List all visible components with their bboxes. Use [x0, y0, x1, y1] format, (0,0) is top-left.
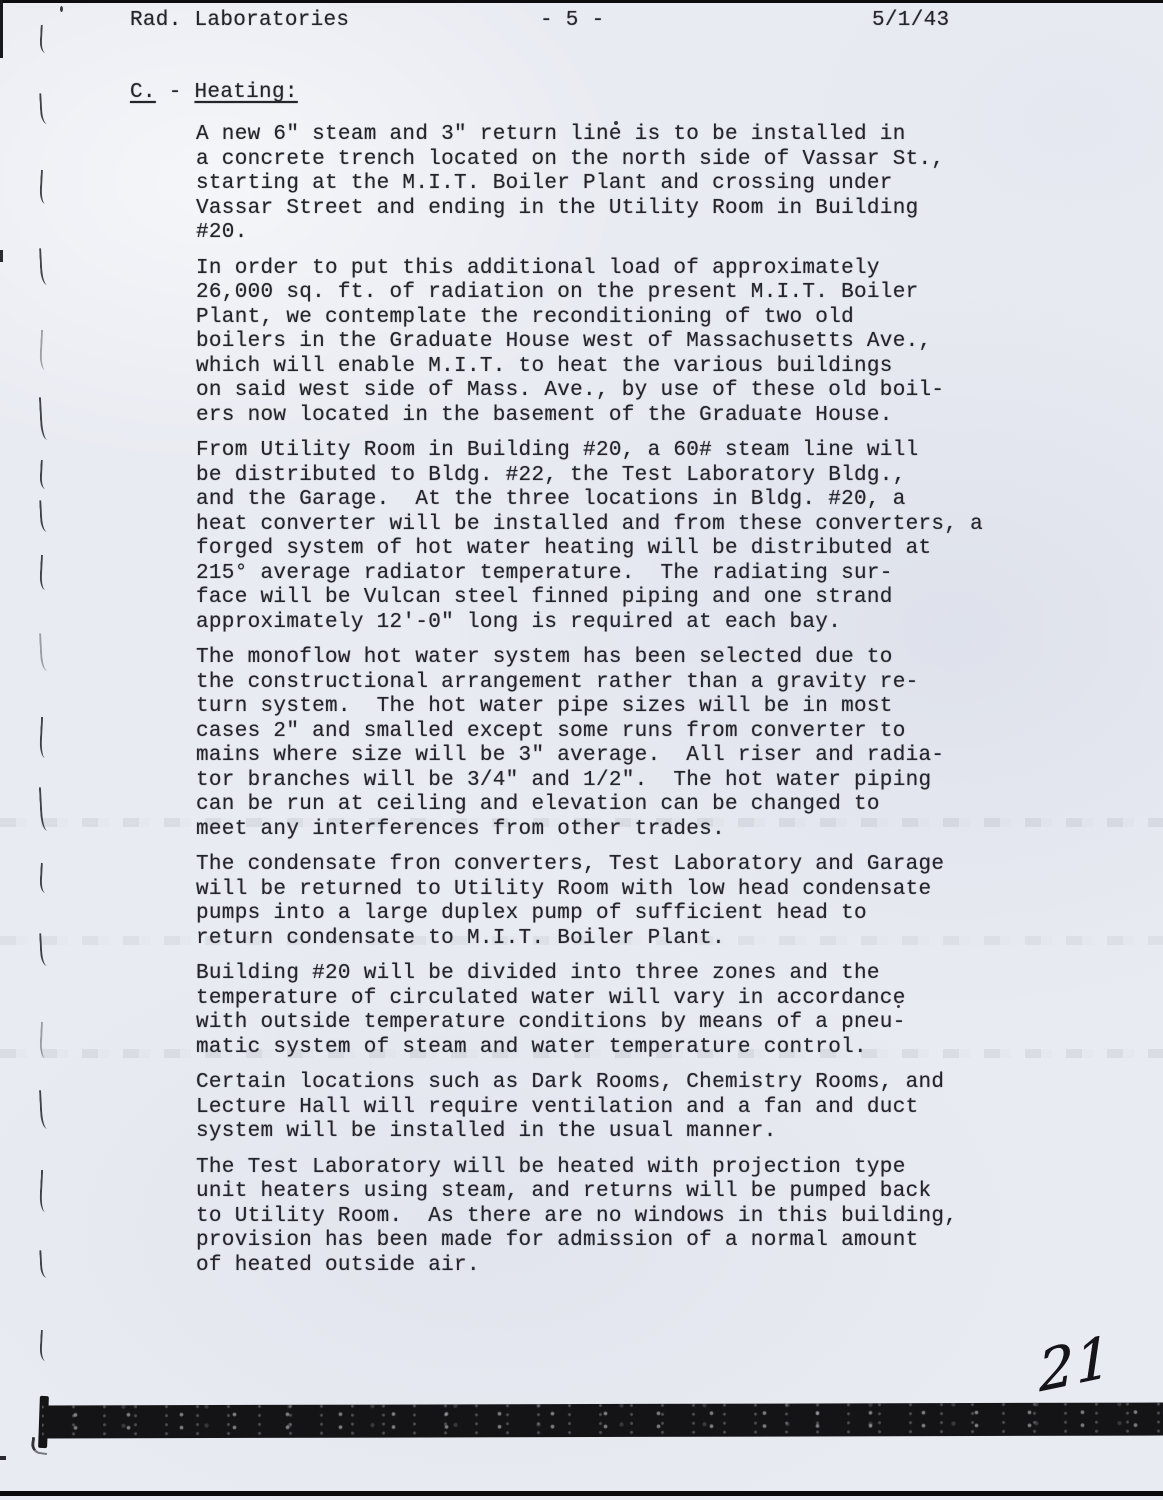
binding-mark — [39, 330, 50, 370]
scan-edge-left — [0, 0, 3, 58]
document-page: Rad. Laboratories - 5 - 5/1/43 C. - Heat… — [0, 0, 1163, 1500]
header-date: 5/1/43 — [872, 9, 949, 32]
ink-speck — [897, 1005, 900, 1008]
binding-mark — [39, 93, 50, 124]
paragraph-monoflow-system: The monoflow hot water system has been s… — [196, 646, 1056, 842]
binding-mark — [39, 1250, 49, 1278]
binding-mark — [39, 397, 50, 440]
binding-mark — [39, 25, 49, 53]
section-title: Heating: — [195, 81, 298, 104]
header-organization: Rad. Laboratories — [130, 9, 349, 32]
header-page-indicator: - 5 - — [540, 9, 605, 32]
scan-edge-top — [0, 0, 1163, 3]
tape-bar-hook-mark — [30, 1437, 49, 1455]
binding-mark — [39, 863, 50, 893]
binding-mark — [39, 717, 50, 758]
binding-mark — [39, 1090, 50, 1129]
paragraph-distribution: From Utility Room in Building #20, a 60#… — [196, 439, 1056, 635]
section-heading: C. - Heating: — [130, 81, 298, 104]
scan-edge-tick — [0, 250, 3, 262]
binding-mark — [39, 170, 50, 204]
section-label: C. — [130, 81, 156, 104]
photocopy-ghost-band — [0, 936, 1163, 945]
binding-mark — [39, 248, 50, 285]
paragraph-boiler-reconditioning: In order to put this additional load of … — [196, 257, 1056, 429]
photocopy-ghost-band — [0, 1049, 1163, 1058]
binding-mark — [39, 555, 50, 590]
binding-mark — [39, 500, 50, 532]
scan-edge-tick — [0, 1456, 6, 1460]
binding-mark — [39, 633, 50, 671]
paragraph-zones: Building #20 will be divided into three … — [196, 962, 1056, 1060]
paragraph-test-laboratory: The Test Laboratory will be heated with … — [196, 1156, 1056, 1279]
paragraph-steam-line: A new 6" steam and 3" return line is to … — [196, 123, 1056, 246]
handwritten-page-number: 21 — [1038, 1324, 1114, 1406]
ink-speck — [60, 6, 63, 12]
body-text: A new 6" steam and 3" return line is to … — [196, 123, 1056, 1289]
photocopy-ghost-band — [0, 818, 1163, 827]
paragraph-ventilation: Certain locations such as Dark Rooms, Ch… — [196, 1071, 1056, 1145]
binding-mark — [39, 1170, 50, 1212]
binding-mark — [39, 460, 50, 489]
ink-speck — [614, 121, 618, 125]
scan-edge-bottom — [0, 1491, 1163, 1496]
binding-mark — [39, 1330, 50, 1361]
section-separator: - — [156, 81, 195, 104]
bottom-black-tape-bar — [42, 1403, 1163, 1439]
